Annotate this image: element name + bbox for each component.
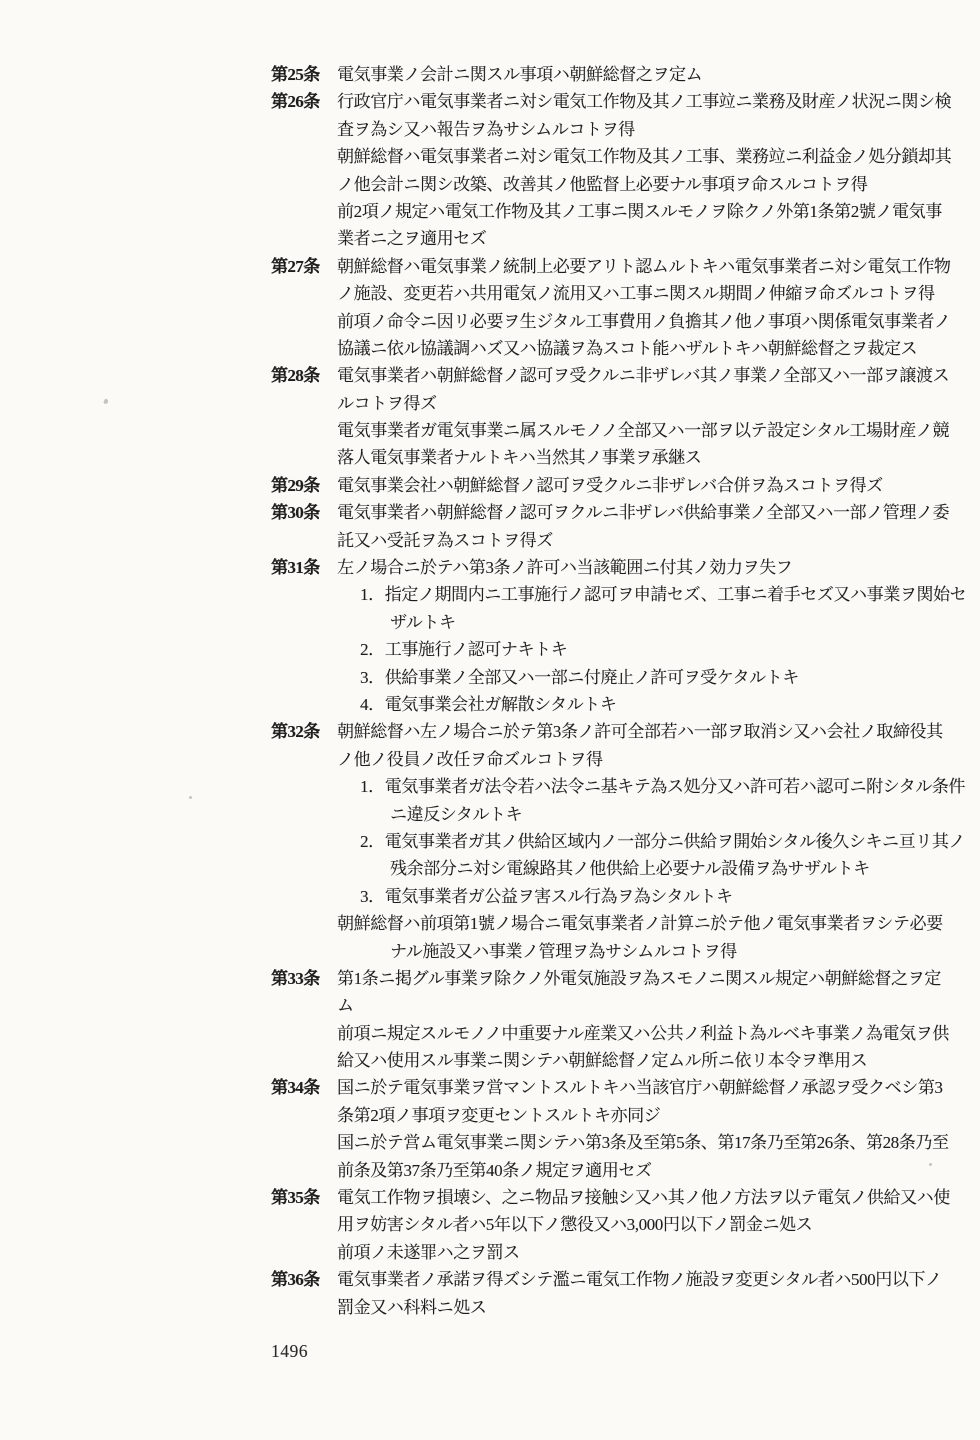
line-text: 業者ニ之ヲ適用セズ — [337, 225, 486, 252]
line-text: 3．電気事業者ガ公益ヲ害スル行為ヲ為シタルトキ — [360, 883, 733, 910]
text-line: 2．電気事業者ガ其ノ供給区域内ノ一部分ニ供給ヲ開始シタル後久シキニ亘リ其ノ — [0, 828, 980, 855]
text-line: 前条及第37条乃至第40条ノ規定ヲ適用セズ — [0, 1157, 980, 1184]
line-text: 朝鮮総督ハ電気事業者ニ対シ電気工作物及其ノ工事、業務竝ニ利益金ノ処分鎖却其 — [337, 143, 951, 170]
line-text: 国ニ於テ営ム電気事業ニ関シテハ第3条及至第5条、第17条乃至第26条、第28条乃… — [337, 1129, 949, 1156]
line-text: 罰金又ハ科料ニ処ス — [337, 1294, 486, 1321]
line-text: ノ他ノ役員ノ改任ヲ命ズルコトヲ得 — [337, 746, 603, 773]
line-text: 前項ニ規定スルモノノ中重要ナル産業又ハ公共ノ利益ト為ルベキ事業ノ為電気ヲ供 — [337, 1020, 949, 1047]
text-line: ム — [0, 992, 980, 1019]
line-text: ノ施設、変更若ハ共用電気ノ流用又ハ工事ニ関スル期間ノ伸縮ヲ命ズルコトヲ得 — [337, 280, 935, 307]
line-text: 朝鮮総督ハ前項第1號ノ場合ニ電気事業者ノ計算ニ於テ他ノ電気事業者ヲシテ必要 — [337, 910, 943, 937]
article-line: 第35条電気工作物ヲ損壊シ、之ニ物品ヲ接触シ又ハ其ノ他ノ方法ヲ以テ電気ノ供給又ハ… — [0, 1184, 980, 1211]
line-text: 協議ニ依ル協議調ハズ又ハ協議ヲ為スコト能ハザルトキハ朝鮮総督之ヲ裁定ス — [337, 335, 917, 362]
text-line: ノ他ノ役員ノ改任ヲ命ズルコトヲ得 — [0, 746, 980, 773]
article-number: 第36条 — [271, 1266, 320, 1293]
line-text: ニ違反シタルトキ — [390, 801, 522, 828]
line-text: 査ヲ為シ又ハ報告ヲ為サシムルコトヲ得 — [337, 116, 635, 143]
text-line: 前項ニ規定スルモノノ中重要ナル産業又ハ公共ノ利益ト為ルベキ事業ノ為電気ヲ供 — [0, 1020, 980, 1047]
text-line: 朝鮮総督ハ前項第1號ノ場合ニ電気事業者ノ計算ニ於テ他ノ電気事業者ヲシテ必要 — [0, 910, 980, 937]
line-text: 電気事業会社ハ朝鮮総督ノ認可ヲ受クルニ非ザレバ合併ヲ為スコトヲ得ズ — [337, 472, 883, 499]
line-text: 1．電気事業者ガ法令若ハ法令ニ基キテ為ス処分又ハ許可若ハ認可ニ附シタル条件 — [360, 773, 965, 800]
text-line: ノ他会計ニ関シ改築、改善其ノ他監督上必要ナル事項ヲ命スルコトヲ得 — [0, 171, 980, 198]
article-number: 第35条 — [271, 1184, 320, 1211]
line-text: 前条及第37条乃至第40条ノ規定ヲ適用セズ — [337, 1157, 652, 1184]
article-number: 第33条 — [271, 965, 320, 992]
line-text: ノ他会計ニ関シ改築、改善其ノ他監督上必要ナル事項ヲ命スルコトヲ得 — [337, 171, 867, 198]
line-text: 電気事業者ノ承諾ヲ得ズシテ濫ニ電気工作物ノ施設ヲ変更シタル者ハ500円以下ノ — [337, 1266, 942, 1293]
text-line: 4．電気事業会社ガ解散シタルトキ — [0, 691, 980, 718]
line-text: 条第2項ノ事項ヲ変更セントスルトキ亦同ジ — [337, 1102, 660, 1129]
line-text: 給又ハ使用スル事業ニ関シテハ朝鮮総督ノ定ムル所ニ依リ本令ヲ準用ス — [337, 1047, 867, 1074]
text-line: 条第2項ノ事項ヲ変更セントスルトキ亦同ジ — [0, 1102, 980, 1129]
article-line: 第33条第1条ニ掲グル事業ヲ除クノ外電気施設ヲ為スモノニ関スル規定ハ朝鮮総督之ヲ… — [0, 965, 980, 992]
article-line: 第36条電気事業者ノ承諾ヲ得ズシテ濫ニ電気工作物ノ施設ヲ変更シタル者ハ500円以… — [0, 1266, 980, 1293]
line-text: 用ヲ妨害シタル者ハ5年以下ノ懲役又ハ3,000円以下ノ罰金ニ処ス — [337, 1211, 812, 1238]
line-text: 前項ノ命令ニ因リ必要ヲ生ジタル工事費用ノ負擔其ノ他ノ事項ハ関係電気事業者ノ — [337, 308, 951, 335]
text-line: 1．指定ノ期間内ニ工事施行ノ認可ヲ申請セズ、工事ニ着手セズ又ハ事業ヲ関始セ — [0, 581, 980, 608]
article-line: 第31条左ノ場合ニ於テハ第3条ノ許可ハ当該範囲ニ付其ノ効力ヲ失フ — [0, 554, 980, 581]
article-line: 第28条電気事業者ハ朝鮮総督ノ認可ヲ受クルニ非ザレバ其ノ事業ノ全部又ハ一部ヲ譲渡… — [0, 362, 980, 389]
legal-text-block: 第25条電気事業ノ会計ニ関スル事項ハ朝鮮総督之ヲ定ム第26条行政官庁ハ電気事業者… — [0, 61, 980, 1321]
line-text: 電気事業者ガ電気事業ニ属スルモノノ全部又ハ一部ヲ以テ設定シタル工場財産ノ競 — [337, 417, 949, 444]
text-line: ニ違反シタルトキ — [0, 801, 980, 828]
line-text: 1．指定ノ期間内ニ工事施行ノ認可ヲ申請セズ、工事ニ着手セズ又ハ事業ヲ関始セ — [360, 581, 966, 608]
text-line: 罰金又ハ科料ニ処ス — [0, 1294, 980, 1321]
text-line: 給又ハ使用スル事業ニ関シテハ朝鮮総督ノ定ムル所ニ依リ本令ヲ準用ス — [0, 1047, 980, 1074]
line-text: 左ノ場合ニ於テハ第3条ノ許可ハ当該範囲ニ付其ノ効力ヲ失フ — [337, 554, 792, 581]
text-line: 落人電気事業者ナルトキハ当然其ノ事業ヲ承継ス — [0, 444, 980, 471]
article-number: 第32条 — [271, 718, 320, 745]
text-line: 前項ノ命令ニ因リ必要ヲ生ジタル工事費用ノ負擔其ノ他ノ事項ハ関係電気事業者ノ — [0, 308, 980, 335]
article-number: 第30条 — [271, 499, 320, 526]
line-text: 朝鮮総督ハ電気事業ノ統制上必要アリト認ムルトキハ電気事業者ニ対シ電気工作物 — [337, 253, 951, 280]
text-line: 業者ニ之ヲ適用セズ — [0, 225, 980, 252]
line-text: 2．工事施行ノ認可ナキトキ — [360, 636, 567, 663]
line-text: 朝鮮総督ハ左ノ場合ニ於テ第3条ノ許可全部若ハ一部ヲ取消シ又ハ会社ノ取締役其 — [337, 718, 943, 745]
text-line: 協議ニ依ル協議調ハズ又ハ協議ヲ為スコト能ハザルトキハ朝鮮総督之ヲ裁定ス — [0, 335, 980, 362]
article-line: 第32条朝鮮総督ハ左ノ場合ニ於テ第3条ノ許可全部若ハ一部ヲ取消シ又ハ会社ノ取締役… — [0, 718, 980, 745]
article-line: 第25条電気事業ノ会計ニ関スル事項ハ朝鮮総督之ヲ定ム — [0, 61, 980, 88]
scan-speck — [929, 1163, 932, 1166]
article-number: 第34条 — [271, 1074, 320, 1101]
line-text: 4．電気事業会社ガ解散シタルトキ — [360, 691, 616, 718]
text-line: 査ヲ為シ又ハ報告ヲ為サシムルコトヲ得 — [0, 116, 980, 143]
article-number: 第28条 — [271, 362, 320, 389]
scanned-page: 第25条電気事業ノ会計ニ関スル事項ハ朝鮮総督之ヲ定ム第26条行政官庁ハ電気事業者… — [0, 0, 980, 1440]
line-text: 電気工作物ヲ損壊シ、之ニ物品ヲ接触シ又ハ其ノ他ノ方法ヲ以テ電気ノ供給又ハ使 — [337, 1184, 950, 1211]
text-line: 朝鮮総督ハ電気事業者ニ対シ電気工作物及其ノ工事、業務竝ニ利益金ノ処分鎖却其 — [0, 143, 980, 170]
line-text: ザルトキ — [390, 609, 456, 636]
text-line: 前2項ノ規定ハ電気工作物及其ノ工事ニ関スルモノヲ除クノ外第1条第2號ノ電気事 — [0, 198, 980, 225]
text-line: 用ヲ妨害シタル者ハ5年以下ノ懲役又ハ3,000円以下ノ罰金ニ処ス — [0, 1211, 980, 1238]
line-text: 2．電気事業者ガ其ノ供給区域内ノ一部分ニ供給ヲ開始シタル後久シキニ亘リ其ノ — [360, 828, 965, 855]
text-line: ノ施設、変更若ハ共用電気ノ流用又ハ工事ニ関スル期間ノ伸縮ヲ命ズルコトヲ得 — [0, 280, 980, 307]
line-text: 電気事業者ハ朝鮮総督ノ認可ヲ受クルニ非ザレバ其ノ事業ノ全部又ハ一部ヲ譲渡ス — [337, 362, 949, 389]
line-text: 前項ノ未遂罪ハ之ヲ罰ス — [337, 1239, 520, 1266]
line-text: ルコトヲ得ズ — [337, 390, 437, 417]
scan-speck — [189, 796, 192, 799]
text-line: 3．供給事業ノ全部又ハ一部ニ付廃止ノ許可ヲ受ケタルトキ — [0, 664, 980, 691]
article-number: 第27条 — [271, 253, 320, 280]
text-line: ナル施設又ハ事業ノ管理ヲ為サシムルコトヲ得 — [0, 938, 980, 965]
line-text: ム — [337, 992, 354, 1019]
article-line: 第27条朝鮮総督ハ電気事業ノ統制上必要アリト認ムルトキハ電気事業者ニ対シ電気工作… — [0, 253, 980, 280]
line-text: 前2項ノ規定ハ電気工作物及其ノ工事ニ関スルモノヲ除クノ外第1条第2號ノ電気事 — [337, 198, 942, 225]
article-line: 第29条電気事業会社ハ朝鮮総督ノ認可ヲ受クルニ非ザレバ合併ヲ為スコトヲ得ズ — [0, 472, 980, 499]
text-line: 電気事業者ガ電気事業ニ属スルモノノ全部又ハ一部ヲ以テ設定シタル工場財産ノ競 — [0, 417, 980, 444]
page-number: 1496 — [271, 1341, 308, 1362]
article-number: 第25条 — [271, 61, 320, 88]
line-text: 落人電気事業者ナルトキハ当然其ノ事業ヲ承継ス — [337, 444, 701, 471]
article-number: 第29条 — [271, 472, 320, 499]
line-text: 電気事業者ハ朝鮮総督ノ認可ヲクルニ非ザレバ供給事業ノ全部又ハ一部ノ管理ノ委 — [337, 499, 949, 526]
text-line: ルコトヲ得ズ — [0, 390, 980, 417]
text-line: 前項ノ未遂罪ハ之ヲ罰ス — [0, 1239, 980, 1266]
article-number: 第26条 — [271, 88, 320, 115]
line-text: 行政官庁ハ電気事業者ニ対シ電気工作物及其ノ工事竝ニ業務及財産ノ状況ニ関シ検 — [337, 88, 951, 115]
text-line: 国ニ於テ営ム電気事業ニ関シテハ第3条及至第5条、第17条乃至第26条、第28条乃… — [0, 1129, 980, 1156]
text-line: 3．電気事業者ガ公益ヲ害スル行為ヲ為シタルトキ — [0, 883, 980, 910]
article-number: 第31条 — [271, 554, 320, 581]
text-line: 2．工事施行ノ認可ナキトキ — [0, 636, 980, 663]
line-text: 3．供給事業ノ全部又ハ一部ニ付廃止ノ許可ヲ受ケタルトキ — [360, 664, 799, 691]
article-line: 第26条行政官庁ハ電気事業者ニ対シ電気工作物及其ノ工事竝ニ業務及財産ノ状況ニ関シ… — [0, 88, 980, 115]
text-line: 残余部分ニ対シ電線路其ノ他供給上必要ナル設備ヲ為サザルトキ — [0, 855, 980, 882]
line-text: 託又ハ受託ヲ為スコトヲ得ズ — [337, 527, 553, 554]
text-line: 1．電気事業者ガ法令若ハ法令ニ基キテ為ス処分又ハ許可若ハ認可ニ附シタル条件 — [0, 773, 980, 800]
text-line: ザルトキ — [0, 609, 980, 636]
line-text: 国ニ於テ電気事業ヲ営マントスルトキハ当該官庁ハ朝鮮総督ノ承認ヲ受クベシ第3 — [337, 1074, 943, 1101]
line-text: ナル施設又ハ事業ノ管理ヲ為サシムルコトヲ得 — [390, 938, 737, 965]
article-line: 第30条電気事業者ハ朝鮮総督ノ認可ヲクルニ非ザレバ供給事業ノ全部又ハ一部ノ管理ノ… — [0, 499, 980, 526]
line-text: 電気事業ノ会計ニ関スル事項ハ朝鮮総督之ヲ定ム — [337, 61, 702, 88]
line-text: 第1条ニ掲グル事業ヲ除クノ外電気施設ヲ為スモノニ関スル規定ハ朝鮮総督之ヲ定 — [337, 965, 941, 992]
article-line: 第34条国ニ於テ電気事業ヲ営マントスルトキハ当該官庁ハ朝鮮総督ノ承認ヲ受クベシ第… — [0, 1074, 980, 1101]
line-text: 残余部分ニ対シ電線路其ノ他供給上必要ナル設備ヲ為サザルトキ — [390, 855, 870, 882]
text-line: 託又ハ受託ヲ為スコトヲ得ズ — [0, 527, 980, 554]
